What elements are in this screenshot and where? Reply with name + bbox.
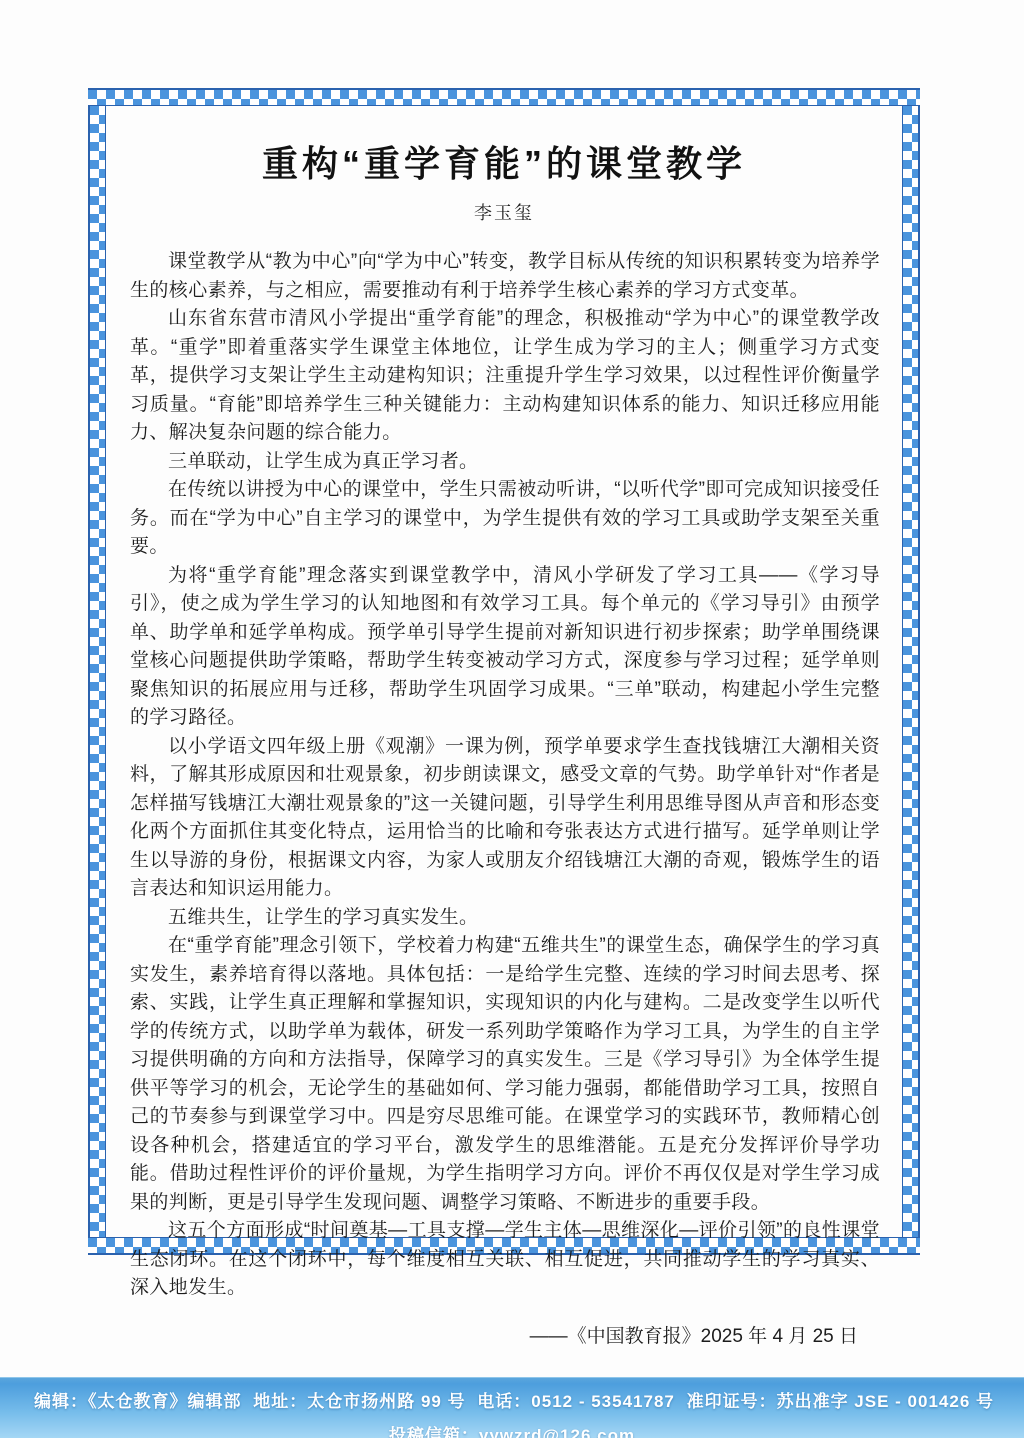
- paragraph: 在传统以讲授为中心的课堂中，学生只需被动听讲，“以听代学”即可完成知识接受任务。…: [130, 476, 880, 562]
- article-content: 重构“重学育能”的课堂教学 李玉玺 课堂教学从“教为中心”向“学为中心”转变，教…: [106, 106, 902, 1237]
- paragraph: 这五个方面形成“时间奠基—工具支撑—学生主体—思维深化—评价引领”的良性课堂生态…: [130, 1217, 880, 1303]
- paragraph: 在“重学育能”理念引领下，学校着力构建“五维共生”的课堂生态，确保学生的学习真实…: [130, 932, 880, 1217]
- article-body: 课堂教学从“教为中心”向“学为中心”转变，教学目标从传统的知识积累转变为培养学生…: [130, 248, 880, 1303]
- article-author: 李玉玺: [110, 200, 898, 226]
- paragraph: 以小学语文四年级上册《观潮》一课为例，预学单要求学生查找钱塘江大潮相关资料，了解…: [130, 733, 880, 904]
- document-page: 重构“重学育能”的课堂教学 李玉玺 课堂教学从“教为中心”向“学为中心”转变，教…: [0, 0, 1024, 1438]
- footer-email-line: 投稿信箱：yywzrd@126.com: [0, 1421, 1024, 1438]
- footer-info-line: 编辑：《太仓教育》编辑部 地址：太仓市扬州路 99 号 电话：0512 - 53…: [0, 1378, 1024, 1412]
- section-heading: 五维共生，让学生的学习真实发生。: [130, 904, 880, 933]
- article-title: 重构“重学育能”的课堂教学: [110, 142, 898, 186]
- footer-item-editor: 编辑：《太仓教育》编辑部: [34, 1387, 242, 1412]
- footer-item-address: 地址：太仓市扬州路 99 号: [253, 1387, 465, 1412]
- footer-item-phone: 电话：0512 - 53541787: [477, 1387, 675, 1412]
- border-left-strip: [88, 106, 106, 1237]
- footer-bar: 编辑：《太仓教育》编辑部 地址：太仓市扬州路 99 号 电话：0512 - 53…: [0, 1377, 1024, 1438]
- paragraph: 为将“重学育能”理念落实到课堂教学中，清风小学研发了学习工具——《学习导引》，使…: [130, 562, 880, 733]
- footer-item-permit: 准印证号：苏出准字 JSE - 001426 号: [687, 1387, 994, 1412]
- section-heading: 三单联动，让学生成为真正学习者。: [130, 448, 880, 477]
- border-right-strip: [902, 106, 920, 1237]
- paragraph: 课堂教学从“教为中心”向“学为中心”转变，教学目标从传统的知识积累转变为培养学生…: [130, 248, 880, 305]
- paragraph: 山东省东营市清风小学提出“重学育能”的理念，积极推动“学为中心”的课堂教学改革。…: [130, 305, 880, 448]
- source-attribution: ——《中国教育报》2025 年 4 月 25 日: [110, 1323, 858, 1351]
- border-top-strip: [88, 88, 920, 106]
- decorative-border: 重构“重学育能”的课堂教学 李玉玺 课堂教学从“教为中心”向“学为中心”转变，教…: [88, 88, 920, 1255]
